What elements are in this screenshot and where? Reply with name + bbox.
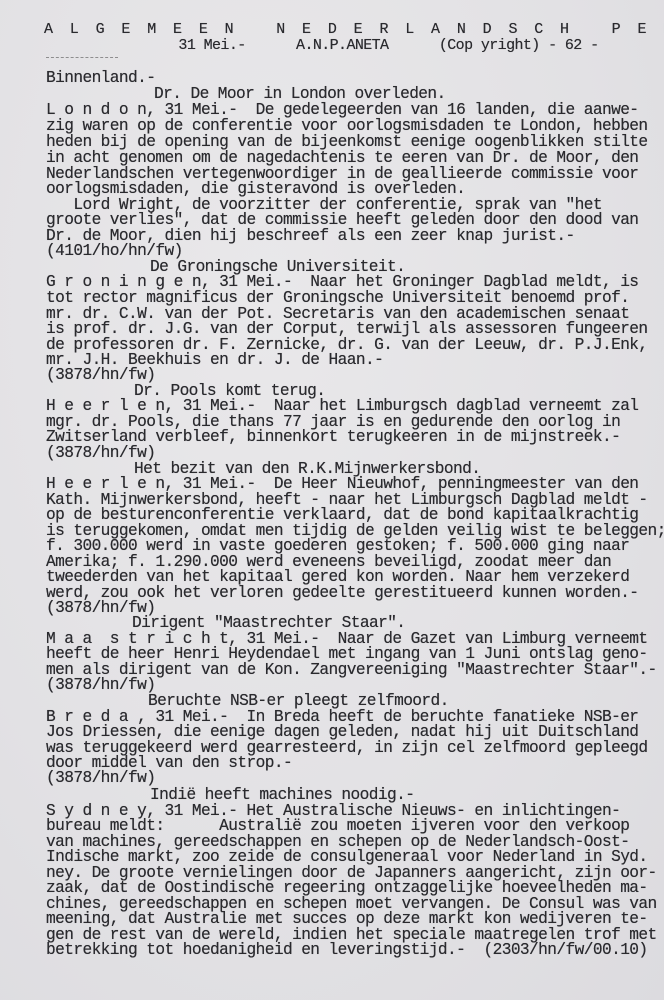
article-line: tweederden van het kapitaal gered kon wo… — [46, 569, 629, 585]
article-line: Jos Driessen, die eenige dagen geleden, … — [46, 724, 638, 740]
article-title: Dr. De Moor in London overleden. — [154, 86, 446, 102]
article-line: tot rector magnificus der Groningsche Un… — [46, 290, 629, 306]
article-code: (3878/hn/fw) — [46, 367, 155, 383]
article-title: Dirigent "Maastrechter Staar". — [132, 615, 405, 631]
article-line: is prof. dr. J.G. van der Corput, terwij… — [46, 321, 648, 337]
article-line: in acht genomen om de nagedachtenis te e… — [46, 150, 638, 166]
article-line: L o n d o n, 31 Mei.- De gedelegeerden v… — [46, 102, 638, 118]
article-line: Indische markt, zoo zeide de consulgener… — [46, 849, 648, 865]
article-code: (3878/hn/fw) — [46, 445, 155, 461]
article-line: oorlogsmisdaden, die gisteravond is over… — [46, 181, 465, 197]
article-code: (3878/hn/fw) — [46, 770, 155, 786]
article-line: G r o n i n g e n, 31 Mei.- Naar het Gro… — [46, 274, 638, 290]
typewritten-page: A L G E M E E N N E D E R L A N D S C H … — [0, 0, 664, 1000]
dateline-header: 31 Mei.- A.N.P.ANETA (Cop yright) - 62 - — [44, 38, 599, 54]
article-code: (4101/ho/hn/fw) — [46, 243, 183, 259]
article-title: Indië heeft machines noodig.- — [150, 787, 414, 803]
article-line: f. 300.000 werd in vaste goederen gestok… — [46, 538, 629, 554]
article-line: meening, dat Australie met succes op dez… — [46, 911, 648, 927]
article-line: op de besturenconferentie verklaard, dat… — [46, 507, 638, 523]
article-line: Zwitserland verbleef, binnenkort terugke… — [46, 429, 620, 445]
article-title: Beruchte NSB-er pleegt zelfmoord. — [148, 693, 449, 709]
section-heading: Binnenland.- — [46, 70, 155, 86]
header-rule — [46, 57, 118, 58]
article-line: heeft de heer Henri Heydendael met ingan… — [46, 646, 648, 662]
agency-header: A L G E M E E N N E D E R L A N D S C H … — [44, 22, 664, 38]
article-line: bureau meldt: Australië zou moeten ijver… — [46, 818, 629, 834]
article-line: H e e r l e n, 31 Mei.- De Heer Nieuwhof… — [46, 476, 638, 492]
article-line: zig waren op de conferentie voor oorlogs… — [46, 118, 648, 134]
article-line: groote verlies", dat de commissie heeft … — [46, 212, 638, 228]
article-line: zaak, dat de Oostindische regeering ontz… — [46, 880, 648, 896]
article-line: H e e r l e n, 31 Mei.- Naar het Limburg… — [46, 398, 638, 414]
article-line: heden bij de opening van de bijeenkomst … — [46, 134, 648, 150]
article-line: betrekking tot hoedanigheid en leverings… — [46, 942, 648, 958]
article-code: (3878/hn/fw) — [46, 677, 155, 693]
